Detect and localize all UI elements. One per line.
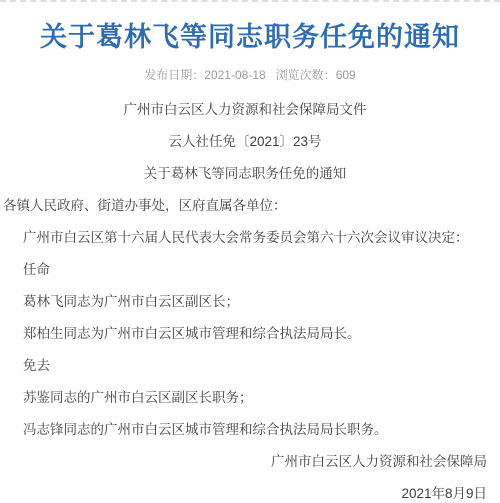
removal-item: 冯志锋同志的广州市白云区城市管理和综合执法局局长职务。 — [3, 422, 487, 437]
publish-date-value: 2021-08-18 — [204, 68, 265, 82]
salutation-line: 各镇人民政府、街道办事处，区府直属各单位： — [3, 198, 487, 213]
views-label: 浏览次数： — [276, 68, 336, 82]
issuing-org-file-line: 广州市白云区人力资源和社会保障局文件 — [3, 102, 487, 117]
appointment-item: 郑柏生同志为广州市白云区城市管理和综合执法局局长。 — [3, 326, 487, 341]
publish-date-label: 发布日期： — [144, 68, 204, 82]
appoint-heading: 任命 — [3, 262, 487, 277]
document-body: 广州市白云区人力资源和社会保障局文件 云人社任免〔2021〕23号 关于葛林飞等… — [0, 102, 500, 501]
appointment-item: 葛林飞同志为广州市白云区副区长； — [3, 294, 487, 309]
signature-org: 广州市白云区人力资源和社会保障局 — [3, 454, 487, 469]
document-number: 云人社任免〔2021〕23号 — [3, 134, 487, 149]
page-title: 关于葛林飞等同志职务任免的通知 — [0, 22, 500, 52]
document-title: 关于葛林飞等同志职务任免的通知 — [3, 166, 487, 181]
notice-page: 关于葛林飞等同志职务任免的通知 发布日期：2021-08-18浏览次数：609 … — [0, 0, 500, 503]
decision-line: 广州市白云区第十六届人民代表大会常务委员会第六十六次会议审议决定： — [3, 230, 487, 245]
removal-heading: 免去 — [3, 358, 487, 373]
views-count: 609 — [336, 68, 356, 82]
removal-item: 苏鉴同志的广州市白云区副区长职务； — [3, 390, 487, 405]
article-meta: 发布日期：2021-08-18浏览次数：609 — [0, 68, 500, 82]
signature-date: 2021年8月9日 — [3, 486, 487, 501]
